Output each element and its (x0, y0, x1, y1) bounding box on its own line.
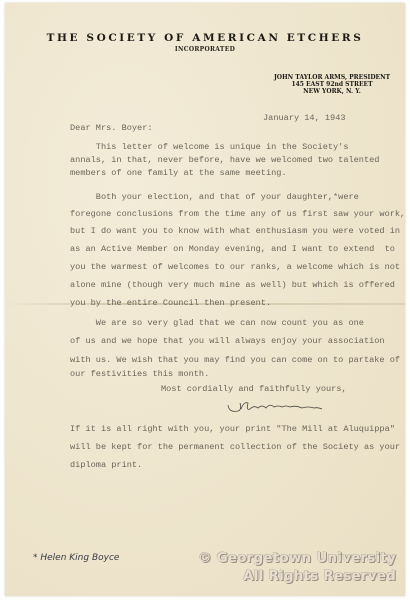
letterhead-title: THE SOCIETY OF AMERICAN ETCHERS (0, 32, 410, 44)
body-line: you by the entire Council then present. (70, 298, 271, 308)
body-line: foregone conclusions from the time any o… (70, 209, 405, 219)
postscript-line: diploma print. (70, 460, 142, 470)
body-line: but I do want you to know with what enth… (70, 226, 400, 236)
address-line-street: 145 EAST 92nd STREET (262, 81, 402, 88)
letter-date: January 14, 1943 (263, 113, 346, 123)
body-line: of us and we hope that you will always e… (70, 336, 385, 346)
body-line: alone mine (though very much mine as wel… (70, 280, 395, 290)
address-line-city: NEW YORK, N. Y. (262, 88, 402, 95)
body-line: our festivities this month. (70, 369, 209, 379)
letterhead-subtitle: INCORPORATED (0, 46, 410, 53)
letter-salutation: Dear Mrs. Boyer: (70, 123, 153, 133)
letterhead-address: JOHN TAYLOR ARMS, PRESIDENT 145 EAST 92n… (262, 74, 402, 95)
body-line: Both your election, and that of your dau… (70, 192, 359, 202)
body-line: as an Active Member on Monday evening, a… (70, 244, 395, 254)
body-line: members of one family at the same meetin… (70, 168, 287, 178)
watermark-copyright: © Georgetown University (198, 550, 396, 566)
postscript-line: will be kept for the permanent collectio… (70, 442, 400, 452)
body-line: you the warmest of welcomes to our ranks… (70, 262, 400, 272)
postscript-line: If it is all right with you, your print … (70, 424, 395, 434)
handwritten-note: * Helen King Boyce (33, 553, 119, 563)
signature (226, 397, 326, 417)
body-line: This letter of welcome is unique in the … (70, 142, 348, 152)
address-line-president: JOHN TAYLOR ARMS, PRESIDENT (262, 74, 402, 81)
watermark-rights: All Rights Reserved (243, 568, 396, 584)
body-line: annals, in that, never before, have we w… (70, 155, 379, 165)
signature-scrawl-icon (226, 397, 326, 417)
letter-closing: Most cordially and faithfully yours, (161, 384, 347, 394)
body-line: We are so very glad that we can now coun… (70, 318, 364, 328)
body-line: with us. We wish that you may find you c… (70, 355, 400, 365)
